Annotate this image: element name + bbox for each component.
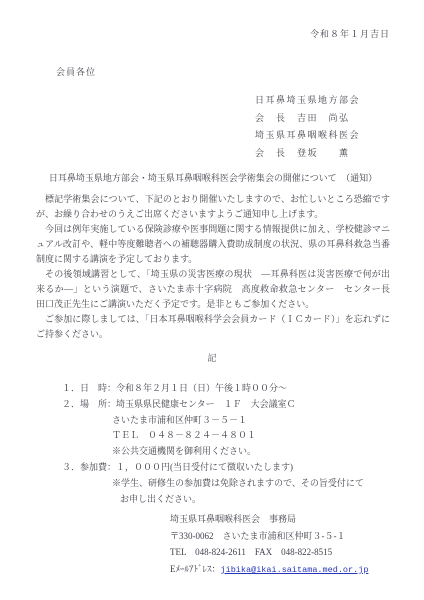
sender-org-2: 埼玉県耳鼻咽喉科医会 [255,127,390,145]
office-address: 〒330-0062 さいたま市浦和区仲町３-５-１ [170,528,390,545]
office-email-line: Eﾒｰﾙｱﾄﾞﾚｽ：jibika@ikai.saitama.med.or.jp [170,561,390,579]
sender-org-1: 日耳鼻埼玉県地方部会 [255,92,390,110]
paragraph-program: 今回は例年実施している保険診療や医事問題に関する情報提供に加え、学校健診マニュア… [36,222,390,267]
body-text: 標記学術集会について、下記のとおり開催いたしますので、お忙しいところ恐縮ですが、… [36,192,390,342]
detail-fee-exemption-note-cont: お申し出ください。 [120,492,390,508]
detail-item-fee: ３．参加費：１，０００円(当日受付にて徴収いたします) [62,460,390,476]
office-contact-block: 埼玉県耳鼻咽喉科医会 事務局 〒330-0062 さいたま市浦和区仲町３-５-１… [170,511,390,578]
ki-marker: 記 [36,352,390,364]
sender-president-1: 会 長 吉田 尚弘 [255,110,390,128]
sender-president-2: 会 長 登坂 薫 [255,145,390,163]
detail-place-tel: ＴＥＬ ０４８－８２４－４８０１ [112,428,390,444]
document-page: 令和８年１月吉日 会員各位 日耳鼻埼玉県地方部会 会 長 吉田 尚弘 埼玉県耳鼻… [0,0,424,600]
detail-place-transport-note: ※公共交通機関を御利用ください。 [112,444,390,460]
detail-item-place: ２．場 所：埼玉県県民健康センター １Ｆ 大会議室Ｃ [62,397,390,413]
office-name: 埼玉県耳鼻咽喉科医会 事務局 [170,511,390,528]
paragraph-greeting: 標記学術集会について、下記のとおり開催いたしますので、お忙しいところ恐縮ですが、… [36,192,390,222]
email-link[interactable]: jibika@ikai.saitama.med.or.jp [221,565,369,575]
details-list: １．日 時：令和８年２月１日（日）午後１時００分～ ２．場 所：埼玉県県民健康セ… [62,381,390,507]
document-title: 日耳鼻埼玉県地方部会・埼玉県耳鼻咽喉科医会学術集会の開催について （通知） [36,172,390,184]
email-label: Eﾒｰﾙｱﾄﾞﾚｽ： [170,564,221,574]
detail-item-datetime: １．日 時：令和８年２月１日（日）午後１時００分～ [62,381,390,397]
detail-fee-exemption-note: ※学生、研修生の参加費は免除されますので、その旨受付にて [112,476,390,492]
detail-place-address: さいたま市浦和区仲町３－５－１ [112,413,390,429]
office-tel-fax: TEL 048-824-2611 FAX 048-822-8515 [170,544,390,561]
document-date: 令和８年１月吉日 [36,28,390,40]
recipient-line: 会員各位 [56,66,390,78]
paragraph-ic-card: ご参加に際しましては、「日本耳鼻咽喉科学会会員カード（ＩＣカード）」を忘れずにご… [36,312,390,342]
sender-block: 日耳鼻埼玉県地方部会 会 長 吉田 尚弘 埼玉県耳鼻咽喉科医会 会 長 登坂 薫 [255,92,390,162]
paragraph-lecture: その後領域講習として、「埼玉県の災害医療の現状 ―耳鼻科医は災害医療で何が出来る… [36,267,390,312]
